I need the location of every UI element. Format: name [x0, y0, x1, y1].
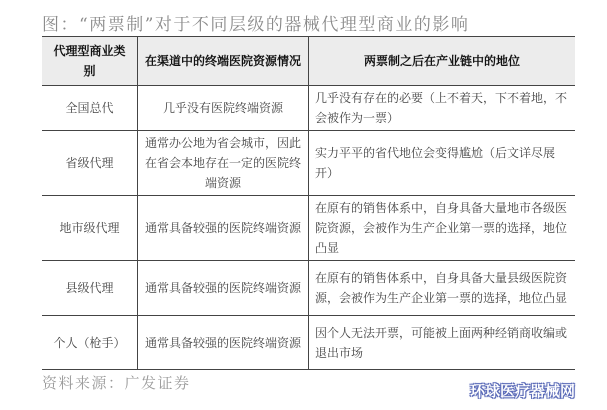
table-row: 地市级代理 通常具备较强的医院终端资源 在原有的销售体系中，自身具备大量地市各级… — [42, 196, 575, 261]
watermark-logo: 环球医疗器械网 — [470, 380, 575, 401]
cell-agent-type: 县级代理 — [42, 261, 138, 316]
impact-table: 代理型商业类别 在渠道中的终端医院资源情况 两票制之后在产业链中的地位 全国总代… — [42, 36, 575, 370]
cell-position-after: 在原有的销售体系中，自身具备大量县级医院资源，会被作为生产企业第一票的选择，地位… — [309, 261, 576, 316]
table-row: 县级代理 通常具备较强的医院终端资源 在原有的销售体系中，自身具备大量县级医院资… — [42, 261, 575, 316]
cell-hospital-resources: 几乎没有医院终端资源 — [138, 86, 309, 131]
figure-title: 图：“两票制”对于不同层级的器械代理型商业的影响 — [42, 10, 469, 35]
header-position-after: 两票制之后在产业链中的地位 — [309, 37, 576, 86]
cell-hospital-resources: 通常具备较强的医院终端资源 — [138, 196, 309, 261]
table-row: 全国总代 几乎没有医院终端资源 几乎没有存在的必要（上不着天，下不着地，不会被作… — [42, 86, 575, 131]
header-agent-type: 代理型商业类别 — [42, 37, 138, 86]
cell-hospital-resources: 通常办公地为省会城市，因此在省会本地存在一定的医院终端资源 — [138, 131, 309, 196]
cell-position-after: 在原有的销售体系中，自身具备大量地市各级医院资源，会被作为生产企业第一票的选择，… — [309, 196, 576, 261]
cell-agent-type: 全国总代 — [42, 86, 138, 131]
cell-agent-type: 个人（枪手） — [42, 316, 138, 370]
cell-agent-type: 省级代理 — [42, 131, 138, 196]
cell-hospital-resources: 通常具备较强的医院终端资源 — [138, 261, 309, 316]
cell-agent-type: 地市级代理 — [42, 196, 138, 261]
cell-position-after: 实力平平的省代地位会变得尴尬（后文详尽展开） — [309, 131, 576, 196]
header-hospital-resources: 在渠道中的终端医院资源情况 — [138, 37, 309, 86]
table-header-row: 代理型商业类别 在渠道中的终端医院资源情况 两票制之后在产业链中的地位 — [42, 37, 575, 86]
table-row: 个人（枪手） 通常具备较强的医院终端资源 因个人无法开票，可能被上面两种经销商收… — [42, 316, 575, 370]
table-row: 省级代理 通常办公地为省会城市，因此在省会本地存在一定的医院终端资源 实力平平的… — [42, 131, 575, 196]
source-note: 资料来源：广发证券 — [42, 372, 191, 393]
cell-position-after: 几乎没有存在的必要（上不着天，下不着地，不会被作为一票） — [309, 86, 576, 131]
cell-position-after: 因个人无法开票，可能被上面两种经销商收编或退出市场 — [309, 316, 576, 370]
cell-hospital-resources: 通常具备较强的医院终端资源 — [138, 316, 309, 370]
